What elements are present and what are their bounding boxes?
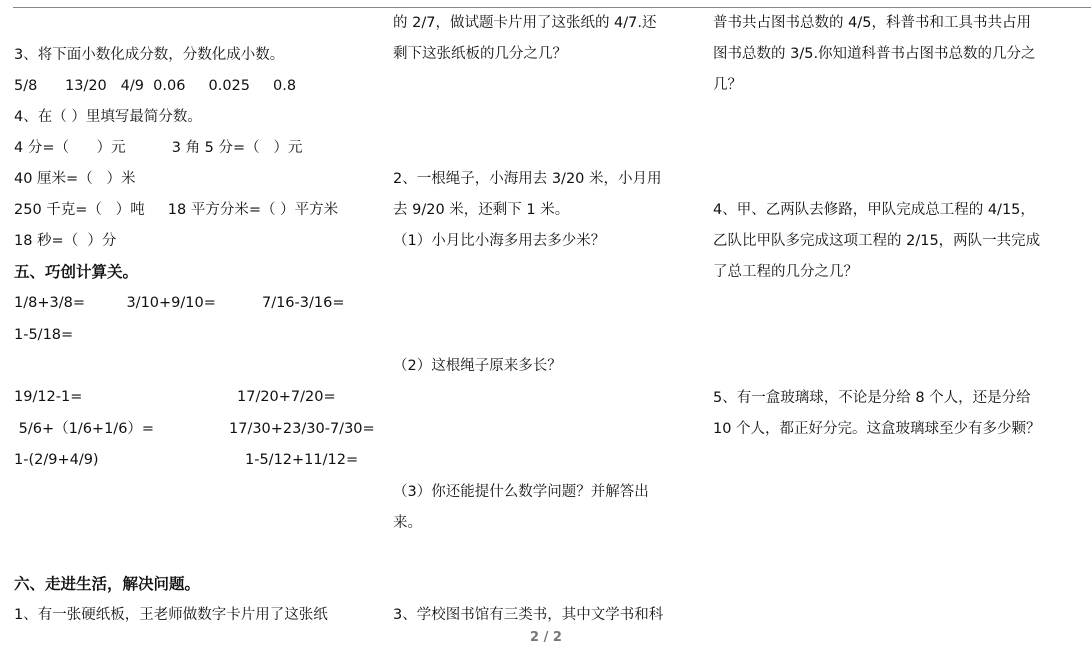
problem4-line3: 了总工程的几分之几？ bbox=[713, 262, 858, 282]
top-rule bbox=[13, 7, 1091, 8]
problem2-line2: 去 9/20 米，还剩下 1 米。 bbox=[393, 200, 569, 220]
q4-line3: 250 千克=（ ）吨 18 平方分米=（ ）平方米 bbox=[14, 200, 338, 220]
problem3-line4: 几？ bbox=[713, 75, 742, 95]
problem2-sub3-line2: 来。 bbox=[393, 513, 422, 533]
calc-row5a: 1-(2/9+4/9) bbox=[14, 450, 99, 470]
problem3-line1: 3、学校图书馆有三类书，其中文学书和科 bbox=[393, 605, 663, 625]
q3-title: 3、将下面小数化成分数，分数化成小数。 bbox=[14, 45, 284, 65]
problem4-line2: 乙队比甲队多完成这项工程的 2/15，两队一共完成 bbox=[713, 231, 1040, 251]
problem2-sub2: （2）这根绳子原来多长？ bbox=[393, 356, 562, 376]
page-number: 2 / 2 bbox=[530, 630, 562, 645]
q4-line1: 4 分=（ ）元 3 角 5 分=（ ）元 bbox=[14, 138, 302, 158]
calc-row3b: 17/20+7/20= bbox=[237, 387, 336, 407]
q3-items: 5/8 13/20 4/9 0.06 0.025 0.8 bbox=[14, 76, 296, 96]
problem2-sub1: （1）小月比小海多用去多少米？ bbox=[393, 231, 605, 251]
problem1-line2: 的 2/7，做试题卡片用了这张纸的 4/7.还 bbox=[393, 13, 657, 33]
problem3-line3: 图书总数的 3/5.你知道科普书占图书总数的几分之 bbox=[713, 44, 1036, 64]
section5-title: 五、巧创计算关。 bbox=[14, 262, 138, 282]
calc-row2: 1-5/18= bbox=[14, 325, 73, 345]
calc-row1: 1/8+3/8= 3/10+9/10= 7/16-3/16= bbox=[14, 293, 344, 313]
q4-line2: 40 厘米=（ ）米 bbox=[14, 169, 136, 189]
calc-row4b: 17/30+23/30-7/30= bbox=[229, 419, 375, 439]
problem3-line2: 普书共占图书总数的 4/5，科普书和工具书共占用 bbox=[713, 13, 1031, 33]
problem1-line1: 1、有一张硬纸板，王老师做数字卡片用了这张纸 bbox=[14, 605, 328, 625]
problem5-line2: 10 个人，都正好分完。这盒玻璃球至少有多少颗？ bbox=[713, 419, 1041, 439]
problem4-line1: 4、甲、乙两队去修路，甲队完成总工程的 4/15， bbox=[713, 200, 1035, 220]
calc-row3a: 19/12-1= bbox=[14, 387, 82, 407]
q4-line4: 18 秒=（ ）分 bbox=[14, 231, 116, 251]
problem5-line1: 5、有一盒玻璃球，不论是分给 8 个人，还是分给 bbox=[713, 388, 1031, 408]
calc-row4a: 5/6+（1/6+1/6）= bbox=[14, 419, 154, 439]
calc-row5b: 1-5/12+11/12= bbox=[245, 450, 358, 470]
problem2-sub3-line1: （3）你还能提什么数学问题？并解答出 bbox=[393, 482, 649, 502]
section6-title: 六、走进生活，解决问题。 bbox=[14, 574, 200, 594]
q4-title: 4、在（ ）里填写最简分数。 bbox=[14, 107, 202, 127]
problem1-line3: 剩下这张纸板的几分之几？ bbox=[393, 44, 567, 64]
problem2-line1: 2、一根绳子，小海用去 3/20 米，小月用 bbox=[393, 169, 662, 189]
